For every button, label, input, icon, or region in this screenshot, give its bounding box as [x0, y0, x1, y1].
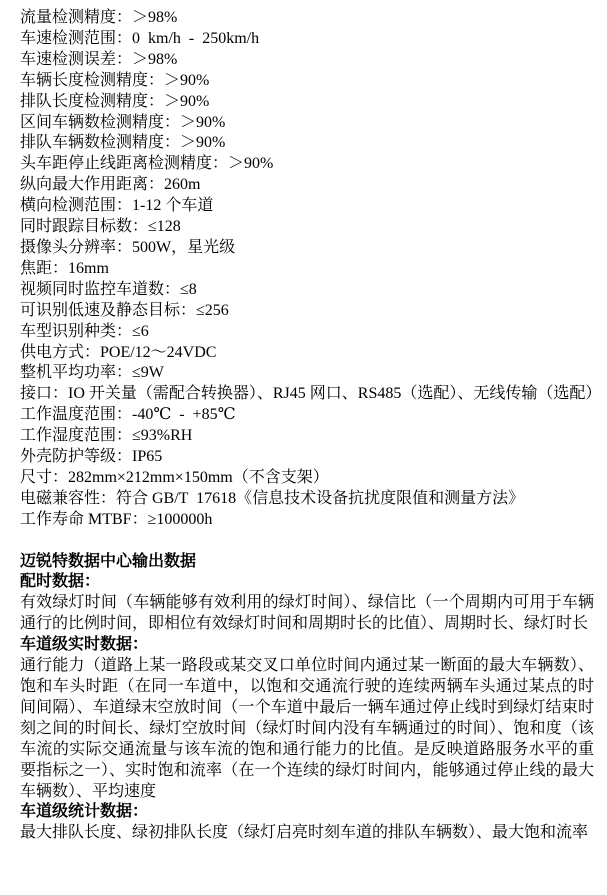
- spec-line-speed-error: 车速检测误差：＞98%: [20, 50, 594, 71]
- spec-line-head-vehicle-stopline-accuracy: 头车距停止线距离检测精度：＞90%: [20, 154, 594, 175]
- spec-line-speed-range: 车速检测范围：0 km/h - 250km/h: [20, 29, 594, 50]
- spec-line-camera-resolution: 摄像头分辨率：500W，星光级: [20, 238, 594, 259]
- spec-line-video-lanes: 视频同时监控车道数：≤8: [20, 280, 594, 301]
- spec-line-ip-rating: 外壳防护等级：IP65: [20, 447, 594, 468]
- subsection-heading-lane-statistics-data: 车道级统计数据：: [20, 802, 594, 823]
- spec-line-interfaces: 接口：IO 开关量（需配合转换器）、RJ45 网口、RS485（选配）、无线传输…: [20, 384, 594, 405]
- spec-line-static-targets: 可识别低速及静态目标：≤256: [20, 301, 594, 322]
- subsection-body-lane-realtime-data: 通行能力（道路上某一路段或某交叉口单位时间内通过某一断面的最大车辆数）、饱和车头…: [20, 656, 594, 802]
- spec-line-emc: 电磁兼容性：符合 GB/T 17618《信息技术设备抗扰度限值和测量方法》: [20, 489, 594, 510]
- spec-line-longitudinal-range: 纵向最大作用距离：260m: [20, 175, 594, 196]
- spec-line-section-vehicle-count-accuracy: 区间车辆数检测精度：＞90%: [20, 113, 594, 134]
- spec-list: 流量检测精度：＞98% 车速检测范围：0 km/h - 250km/h 车速检测…: [20, 8, 594, 531]
- spec-line-vehicle-length-accuracy: 车辆长度检测精度：＞90%: [20, 71, 594, 92]
- spec-line-flow-accuracy: 流量检测精度：＞98%: [20, 8, 594, 29]
- spec-line-vehicle-types: 车型识别种类：≤6: [20, 322, 594, 343]
- subsection-heading-lane-realtime-data: 车道级实时数据：: [20, 635, 594, 656]
- spec-line-operating-temperature: 工作温度范围：-40℃ - +85℃: [20, 405, 594, 426]
- document-page: 流量检测精度：＞98% 车速检测范围：0 km/h - 250km/h 车速检测…: [0, 0, 607, 895]
- spec-line-queue-length-accuracy: 排队长度检测精度：＞90%: [20, 92, 594, 113]
- spec-line-dimensions: 尺寸：282mm×212mm×150mm（不含支架）: [20, 468, 594, 489]
- spec-line-queue-vehicle-count-accuracy: 排队车辆数检测精度：＞90%: [20, 133, 594, 154]
- blank-line: [20, 531, 594, 552]
- output-section-title: 迈锐特数据中心输出数据: [20, 552, 594, 573]
- spec-line-tracked-targets: 同时跟踪目标数：≤128: [20, 217, 594, 238]
- subsection-body-lane-statistics-data: 最大排队长度、绿初排队长度（绿灯启亮时刻车道的排队车辆数）、最大饱和流率: [20, 823, 594, 844]
- spec-line-focal-length: 焦距：16mm: [20, 259, 594, 280]
- spec-line-average-power: 整机平均功率：≤9W: [20, 363, 594, 384]
- subsection-heading-timing-data: 配时数据：: [20, 572, 594, 593]
- spec-line-lateral-range: 横向检测范围：1-12 个车道: [20, 196, 594, 217]
- spec-line-power-supply: 供电方式：POE/12～24VDC: [20, 343, 594, 364]
- spec-line-mtbf: 工作寿命 MTBF：≥100000h: [20, 510, 594, 531]
- subsection-body-timing-data: 有效绿灯时间（车辆能够有效利用的绿灯时间）、绿信比（一个周期内可用于车辆通行的比…: [20, 593, 594, 635]
- spec-line-operating-humidity: 工作湿度范围：≤93%RH: [20, 426, 594, 447]
